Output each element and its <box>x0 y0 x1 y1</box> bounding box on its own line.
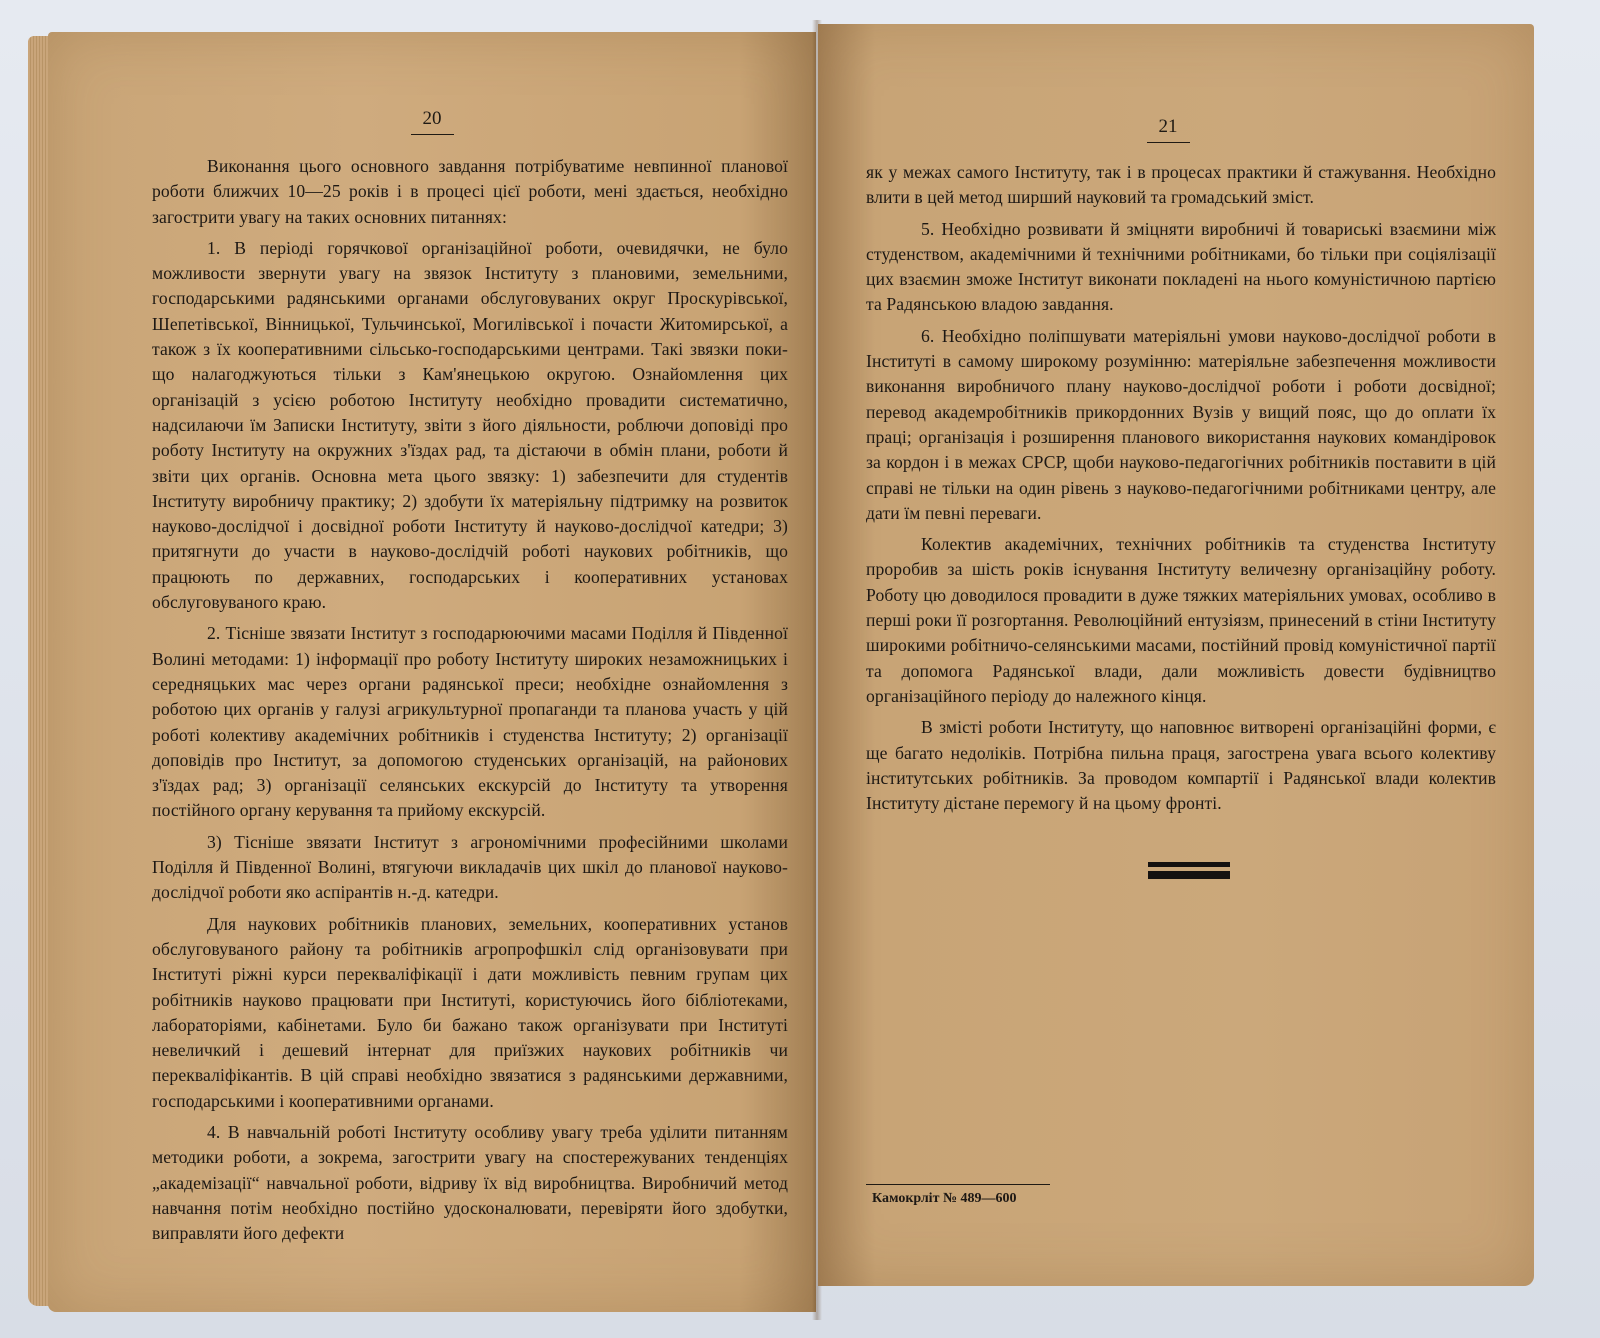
paragraph: як у межах самого Інституту, так і в про… <box>866 160 1496 211</box>
paragraph: 5. Необхідно розвивати й зміцняти виробн… <box>866 217 1496 318</box>
paragraph: 2. Тісніше звязати Інститут з господарюю… <box>152 621 788 823</box>
left-page-text: Виконання цього основного завдання потрі… <box>152 154 788 1252</box>
page-number: 21 <box>1138 116 1198 143</box>
right-page-text: як у межах самого Інституту, так і в про… <box>866 160 1496 822</box>
paragraph: 4. В навчальній роботі Інституту особлив… <box>152 1120 788 1246</box>
page-number: 20 <box>402 108 462 135</box>
left-page: 20 Виконання цього основного завдання по… <box>48 32 816 1312</box>
paragraph: Виконання цього основного завдання потрі… <box>152 154 788 230</box>
paragraph: 3) Тісніше звязати Інститут з агрономічн… <box>152 830 788 906</box>
printer-imprint: Камокрліт № 489—600 <box>866 1184 1050 1207</box>
paragraph: Для наукових робітників планових, земель… <box>152 912 788 1114</box>
end-of-text-rule <box>1148 862 1230 883</box>
right-page: 21 як у межах самого Інституту, так і в … <box>818 24 1534 1286</box>
paragraph: 6. Необхідно поліпшувати матеріяльні умо… <box>866 324 1496 526</box>
paragraph: В змісті роботи Інституту, що наповнює в… <box>866 715 1496 816</box>
paragraph: 1. В періоді горячкової організаційної р… <box>152 236 788 615</box>
paragraph: Колектив академічних, технічних робітник… <box>866 532 1496 709</box>
